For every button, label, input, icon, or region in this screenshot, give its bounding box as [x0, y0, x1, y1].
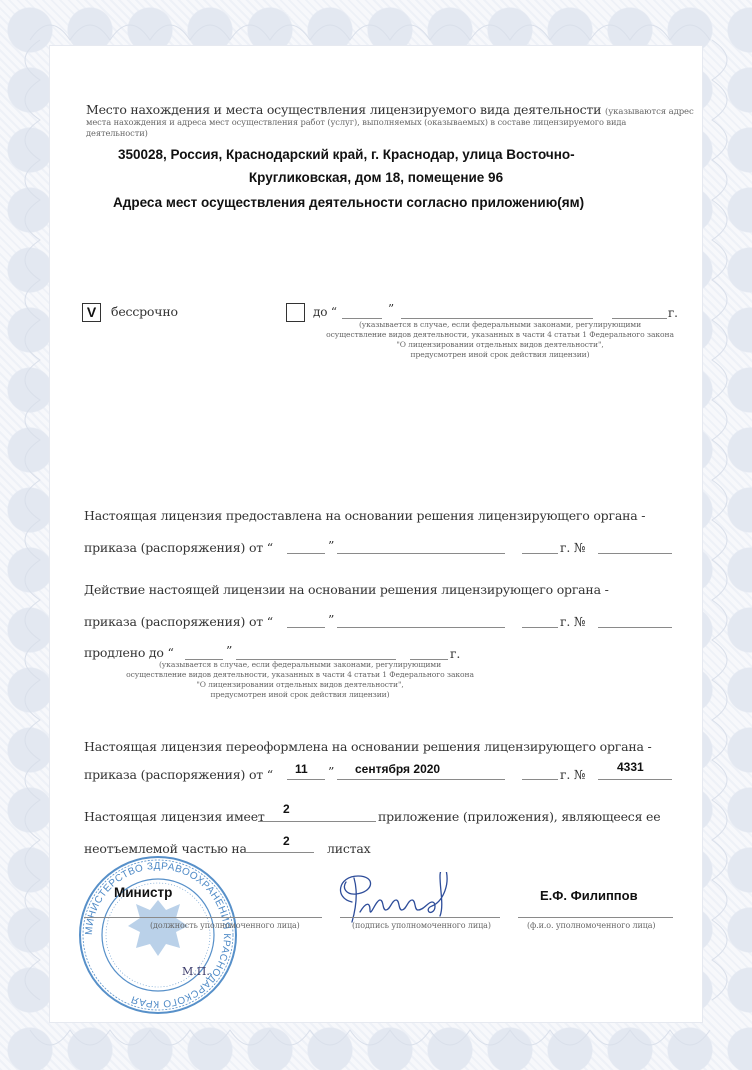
- position-field[interactable]: [84, 917, 322, 918]
- extension-month-field[interactable]: [337, 627, 505, 628]
- extended-year-suffix: г.: [450, 646, 460, 661]
- address-line-3: Адреса мест осуществления деятельности с…: [113, 195, 584, 210]
- reissued-number-value: 4331: [617, 760, 644, 774]
- extension-order-row: приказа (распоряжения) от “: [84, 614, 273, 629]
- location-heading: Место нахождения и места осуществления л…: [86, 102, 694, 117]
- extended-until-label: продлено до: [84, 645, 164, 660]
- until-year-field[interactable]: [612, 318, 667, 319]
- reissued-number-label: г. №: [560, 767, 586, 782]
- position-caption: (должность уполномоченного лица): [150, 921, 300, 930]
- appendix-sheets-value: 2: [283, 834, 290, 848]
- extension-year-field[interactable]: [522, 627, 558, 628]
- address-line-1: 350028, Россия, Краснодарский край, г. К…: [118, 147, 575, 162]
- signature-caption: (подпись уполномоченного лица): [352, 921, 491, 930]
- location-note-2: места нахождения и адреса мест осуществл…: [86, 117, 626, 127]
- until-text: до: [313, 305, 327, 319]
- position-value: Министр: [114, 885, 172, 900]
- location-heading-text: Место нахождения и места осуществления л…: [86, 102, 601, 117]
- extension-number-label: г. №: [560, 614, 586, 629]
- location-note-3: деятельности): [86, 128, 148, 138]
- reissued-day-field[interactable]: [287, 779, 325, 780]
- quote-open: “: [267, 614, 273, 629]
- unlimited-label: бессрочно: [111, 304, 178, 319]
- appendix-count-value: 2: [283, 802, 290, 816]
- unlimited-checkbox[interactable]: V: [82, 303, 101, 322]
- quote-close: ”: [328, 612, 334, 627]
- granted-number-label: г. №: [560, 540, 586, 555]
- extension-note-2: осуществление видов деятельности, указан…: [100, 670, 500, 680]
- until-day-field[interactable]: [342, 318, 382, 319]
- location-note-1: (указываются адрес: [605, 107, 694, 117]
- extension-order-label: приказа (распоряжения) от: [84, 614, 263, 629]
- extension-note-1: (указывается в случае, если федеральными…: [100, 660, 500, 670]
- term-note: (указывается в случае, если федеральными…: [300, 320, 700, 360]
- term-note-2: осуществление видов деятельности, указан…: [300, 330, 700, 340]
- reissued-month-year-value: сентября 2020: [355, 762, 440, 776]
- appendix-sheets-before: неотъемлемой частью на: [84, 841, 247, 856]
- quote-close: ”: [328, 764, 334, 779]
- quote-close: ”: [328, 538, 334, 553]
- appendix-sheets-after: листах: [327, 841, 371, 856]
- official-stamp: МИНИСТЕРСТВО ЗДРАВООХРАНЕНИЯ КРАСНОДАРСК…: [78, 855, 238, 1015]
- name-caption: (ф.и.о. уполномоченного лица): [527, 921, 655, 930]
- until-year-suffix: г.: [668, 306, 678, 320]
- extension-line: Действие настоящей лицензии на основании…: [84, 582, 609, 597]
- granted-year-field[interactable]: [522, 553, 558, 554]
- signatory-name: Е.Ф. Филиппов: [540, 888, 638, 903]
- granted-order-row: приказа (распоряжения) от “: [84, 540, 273, 555]
- until-label: до “: [313, 305, 337, 319]
- quote-close: ”: [226, 643, 232, 658]
- granted-number-field[interactable]: [598, 553, 672, 554]
- address-line-2: Кругликовская, дом 18, помещение 96: [0, 170, 752, 185]
- quote-open: “: [267, 540, 273, 555]
- extension-note: (указывается в случае, если федеральными…: [100, 660, 500, 700]
- appendix-sheets-field[interactable]: [244, 852, 314, 853]
- granted-line: Настоящая лицензия предоставлена на осно…: [84, 508, 645, 523]
- reissued-order-label: приказа (распоряжения) от: [84, 767, 263, 782]
- granted-order-label: приказа (распоряжения) от: [84, 540, 263, 555]
- reissued-year-field[interactable]: [522, 779, 558, 780]
- signature-field[interactable]: [340, 917, 500, 918]
- svg-text:М.П.: М.П.: [182, 965, 210, 978]
- extension-note-4: предусмотрен иной срок действия лицензии…: [100, 690, 500, 700]
- term-note-1: (указывается в случае, если федеральными…: [300, 320, 700, 330]
- appendix-text-after: приложение (приложения), являющееся ее: [378, 809, 660, 824]
- term-note-3: "О лицензировании отдельных видов деятел…: [300, 340, 700, 350]
- extension-note-3: "О лицензировании отдельных видов деятел…: [100, 680, 500, 690]
- reissued-number-field[interactable]: [598, 779, 672, 780]
- name-field[interactable]: [518, 917, 673, 918]
- quote-open: “: [168, 645, 174, 660]
- appendix-count-field[interactable]: [258, 821, 376, 822]
- quote-open: “: [267, 767, 273, 782]
- until-month-field[interactable]: [401, 318, 593, 319]
- extension-number-field[interactable]: [598, 627, 672, 628]
- reissued-order-row: приказа (распоряжения) от “: [84, 767, 273, 782]
- granted-month-field[interactable]: [337, 553, 505, 554]
- quote-close: ”: [388, 302, 394, 316]
- reissued-month-field[interactable]: [337, 779, 505, 780]
- extension-day-field[interactable]: [287, 627, 325, 628]
- appendix-text-before: Настоящая лицензия имеет: [84, 809, 265, 824]
- term-note-4: предусмотрен иной срок действия лицензии…: [300, 350, 700, 360]
- granted-day-field[interactable]: [287, 553, 325, 554]
- extended-until-row: продлено до “: [84, 645, 174, 660]
- quote-open: “: [331, 305, 337, 319]
- reissued-day-value: 11: [295, 762, 308, 776]
- reissued-line: Настоящая лицензия переоформлена на осно…: [84, 739, 652, 754]
